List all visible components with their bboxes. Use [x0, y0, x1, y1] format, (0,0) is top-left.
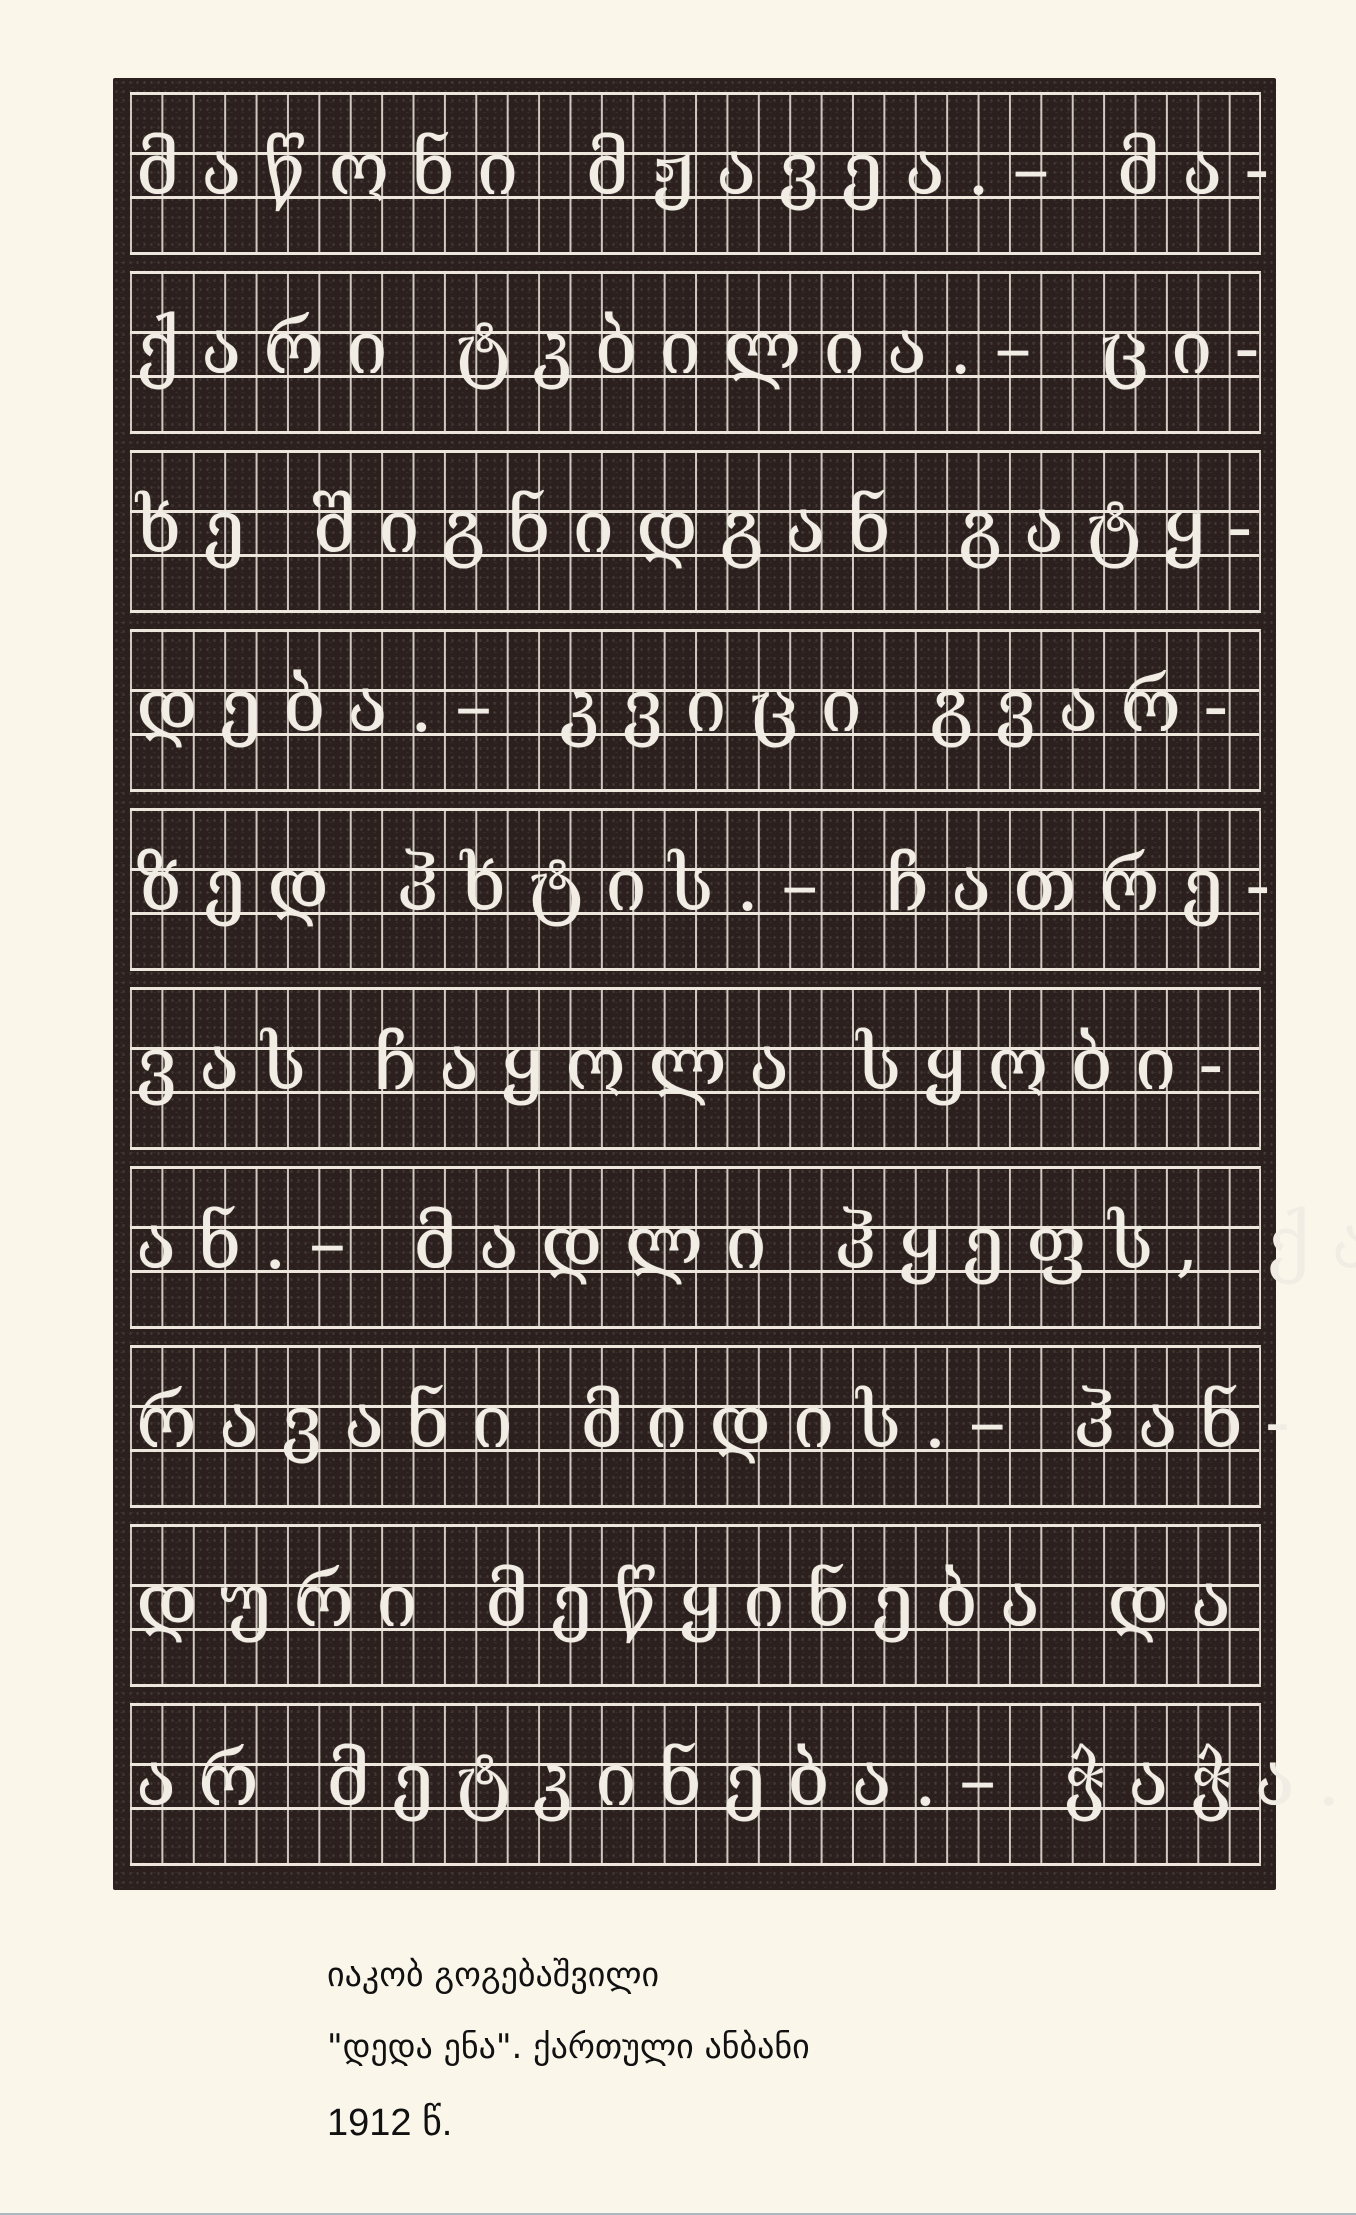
caption-author: იაკობ გოგებაშვილი [327, 1955, 659, 1995]
ruled-line-5: ზედ ჰხტის.– ჩათრე- [130, 808, 1261, 971]
chalkboard-copybook-page: მაწონი მჟავეა.– მა- ქარი ტკბილია.– ცი- ხ… [113, 78, 1276, 1890]
handwritten-line: მაწონი მჟავეა.– მა- [130, 119, 1259, 219]
ruled-line-3: ხე შიგნიდგან გატყ- [130, 450, 1261, 613]
handwritten-line: ხე შიგნიდგან გატყ- [130, 477, 1259, 577]
ruled-line-6: ვას ჩაყოლა სყობი- [130, 987, 1261, 1150]
ruled-line-4: დება.– კვიცი გვარ- [130, 629, 1261, 792]
ruled-line-1: მაწონი მჟავეა.– მა- [130, 92, 1261, 255]
ruled-line-10: არ მეტკინება.– ჭაჭა. [130, 1703, 1261, 1866]
handwritten-line: ან.– მადლი ჰყეფს, ქა- [130, 1193, 1259, 1293]
caption-title: "დედა ენა". ქართული ანბანი [327, 2027, 810, 2067]
ruled-line-7: ან.– მადლი ჰყეფს, ქა- [130, 1166, 1261, 1329]
handwritten-line: ქარი ტკბილია.– ცი- [130, 298, 1259, 398]
caption-year: 1912 წ. [327, 2100, 452, 2145]
handwritten-line: რავანი მიდის.– ჰან- [130, 1372, 1259, 1472]
ruled-line-2: ქარი ტკბილია.– ცი- [130, 271, 1261, 434]
ruled-line-8: რავანი მიდის.– ჰან- [130, 1345, 1261, 1508]
handwritten-line: დური მეწყინება და [130, 1551, 1259, 1651]
handwritten-line: დება.– კვიცი გვარ- [130, 656, 1259, 756]
ruled-line-9: დური მეწყინება და [130, 1524, 1261, 1687]
handwritten-line: ზედ ჰხტის.– ჩათრე- [130, 835, 1259, 935]
handwritten-line: არ მეტკინება.– ჭაჭა. [130, 1730, 1259, 1830]
handwritten-line: ვას ჩაყოლა სყობი- [130, 1014, 1259, 1114]
